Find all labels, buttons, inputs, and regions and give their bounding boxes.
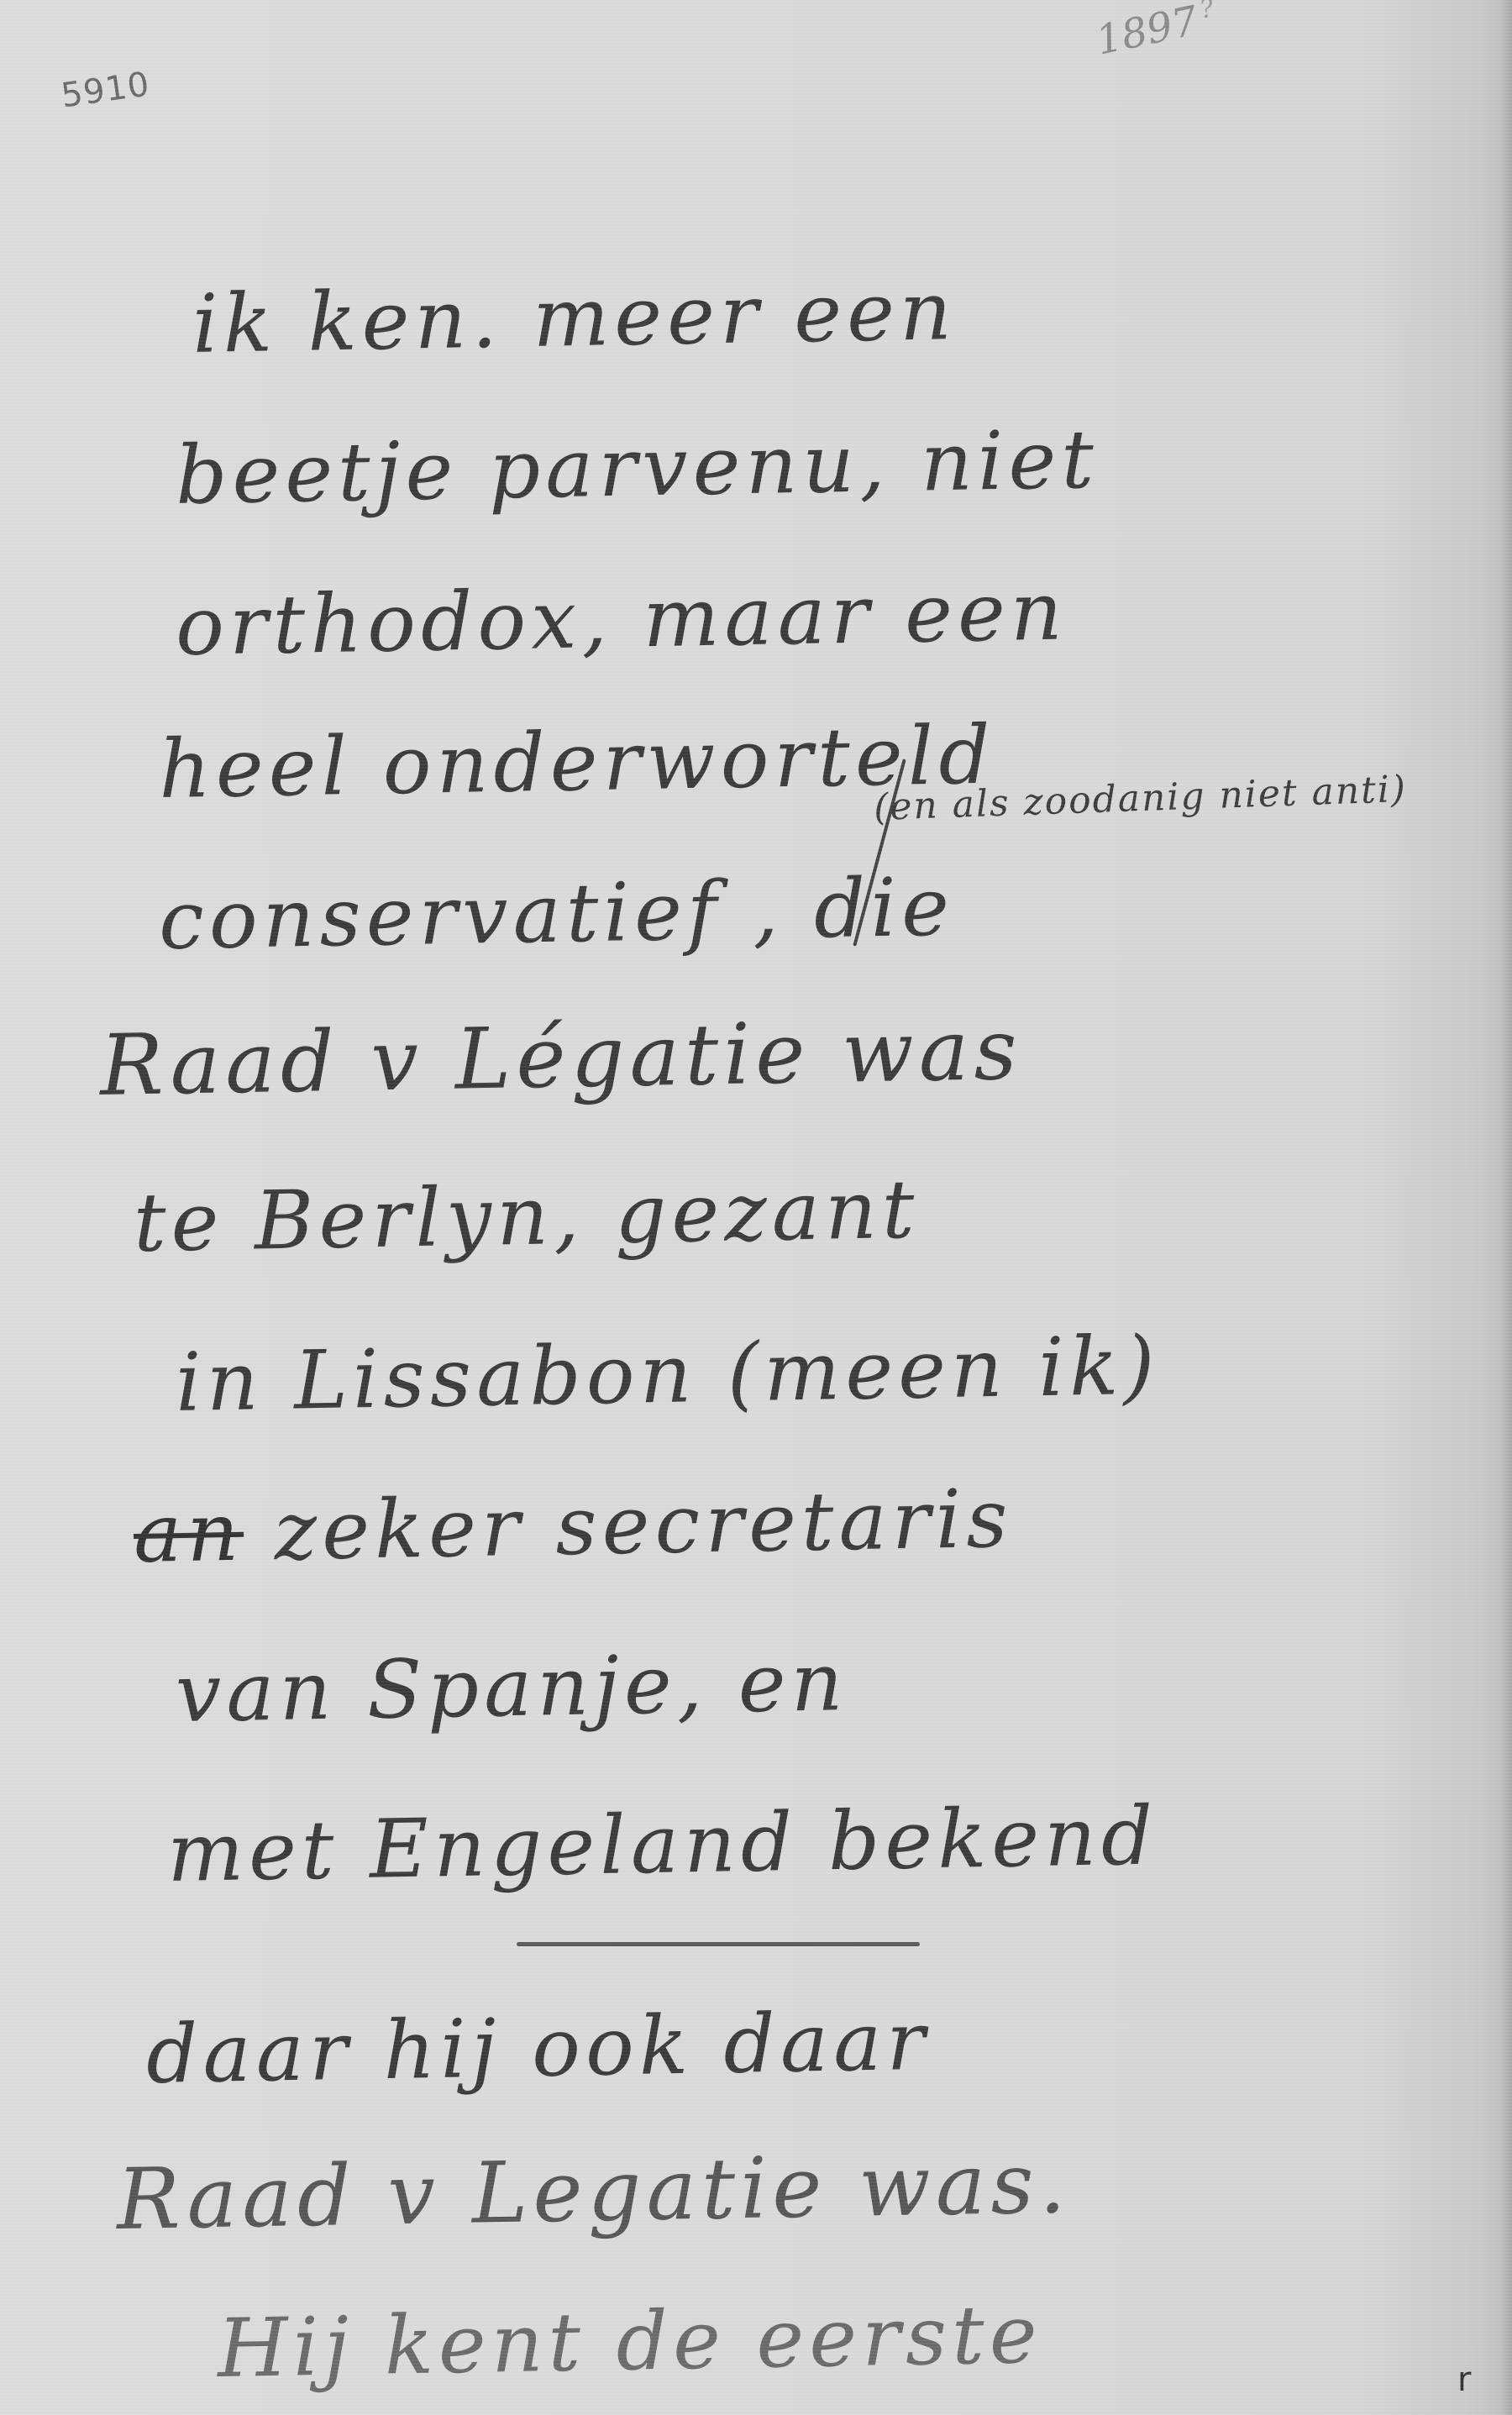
manuscript-line-1: ik ken. meer een (192, 264, 958, 371)
catchword-mark: r (1457, 2360, 1471, 2399)
manuscript-line-13: Raad v Legatie was. (116, 2134, 1071, 2249)
archive-number: 5910 (59, 65, 152, 115)
year-annotation: 1897? (1092, 0, 1221, 65)
manuscript-line-5: conservatief , die (158, 859, 955, 968)
deleted-word: an (133, 1485, 244, 1581)
manuscript-line-9: an zeker secretaris (133, 1472, 1013, 1581)
manuscript-line-10: van Spanje, en (175, 1635, 848, 1740)
manuscript-line-3: orthodox, maar een (175, 564, 1068, 674)
manuscript-page: 5910 1897? ik ken. meer een beetje parve… (0, 0, 1512, 2415)
year-value: 1897 (1092, 0, 1202, 65)
manuscript-line-4: heel onderworteld (158, 708, 996, 816)
manuscript-line-6: Raad v Légatie was (99, 1000, 1023, 1115)
manuscript-line-8: in Lissabon (meen ik) (175, 1319, 1160, 1430)
manuscript-line-7: te Berlyn, gezant (133, 1163, 920, 1270)
line-9-text: zeker secretaris (274, 1472, 1014, 1578)
manuscript-line-14: Hij kent de eerste (217, 2287, 1042, 2396)
page-edge-shadow (1500, 0, 1512, 2415)
manuscript-line-2: beetje parvenu, niet (175, 412, 1100, 522)
manuscript-line-11: met Engeland bekend (166, 1788, 1158, 1900)
section-separator-rule (517, 1942, 920, 1946)
year-uncertain-mark: ? (1197, 0, 1216, 25)
manuscript-line-12: daar hij ook daar (145, 1994, 931, 2102)
